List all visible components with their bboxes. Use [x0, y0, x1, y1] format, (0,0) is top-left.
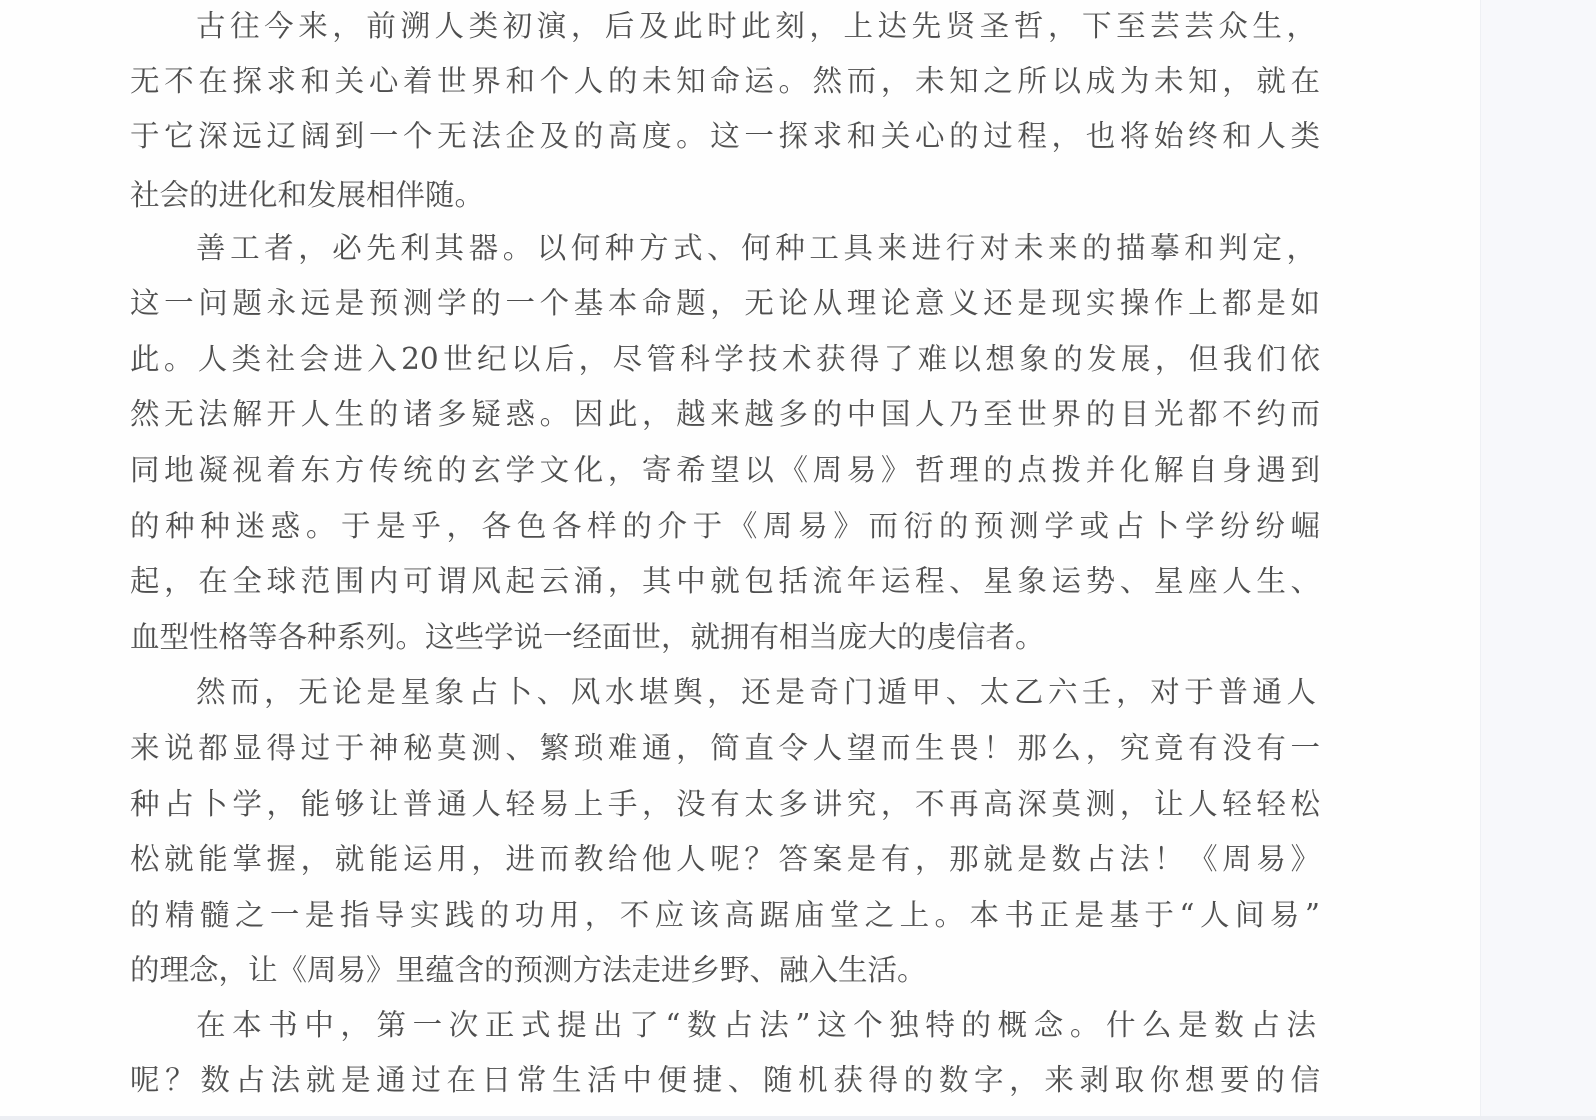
text-line: 无不在探求和关心着世界和个人的未知命运。然而，未知之所以成为未知，就在	[130, 61, 1320, 101]
text-line: 的种种迷惑。于是乎，各色各样的介于《周易》而衍的预测学或占卜学纷纷崛	[130, 506, 1320, 546]
horizontal-scrollbar-track[interactable]	[0, 1116, 1596, 1120]
document-page: 古往今来，前溯人类初演，后及此时此刻，上达先贤圣哲，下至芸芸众生， 无不在探求和…	[0, 0, 1480, 1116]
text-line: 的理念，让《周易》里蕴含的预测方法走进乡野、融入生活。	[130, 950, 1320, 990]
text-line: 于它深远辽阔到一个无法企及的高度。这一探求和关心的过程，也将始终和人类	[130, 116, 1320, 156]
side-panel	[1480, 0, 1596, 1116]
text-line: 然而，无论是星象占卜、风水堪舆，还是奇门遁甲、太乙六壬，对于普通人	[196, 672, 1316, 712]
text-line: 起，在全球范围内可谓风起云涌，其中就包括流年运程、星象运势、星座人生、	[130, 561, 1320, 601]
text-line: 同地凝视着东方传统的玄学文化，寄希望以《周易》哲理的点拨并化解自身遇到	[130, 450, 1320, 490]
text-line: 这一问题永远是预测学的一个基本命题，无论从理论意义还是现实操作上都是如	[130, 283, 1320, 323]
text-line: 的精髓之一是指导实践的功用，不应该高踞庙堂之上。本书正是基于“人间易”	[130, 895, 1320, 935]
text-line: 呢？数占法就是通过在日常生活中便捷、随机获得的数字，来剥取你想要的信	[130, 1060, 1320, 1100]
text-line: 然无法解开人生的诸多疑惑。因此，越来越多的中国人乃至世界的目光都不约而	[130, 394, 1320, 434]
text-line: 古往今来，前溯人类初演，后及此时此刻，上达先贤圣哲，下至芸芸众生，	[196, 6, 1316, 46]
text-line: 来说都显得过于神秘莫测、繁琐难通，简直令人望而生畏！那么，究竟有没有一	[130, 728, 1320, 768]
text-line: 在本书中，第一次正式提出了“数占法”这个独特的概念。什么是数占法	[196, 1005, 1316, 1045]
text-line: 社会的进化和发展相伴随。	[130, 175, 1320, 215]
text-line: 种占卜学，能够让普通人轻易上手，没有太多讲究，不再高深莫测，让人轻轻松	[130, 784, 1320, 824]
text-line: 此。人类社会进入20世纪以后，尽管科学技术获得了难以想象的发展，但我们依	[130, 339, 1320, 379]
text-line: 血型性格等各种系列。这些学说一经面世，就拥有相当庞大的虔信者。	[130, 617, 1320, 657]
document-viewer: 古往今来，前溯人类初演，后及此时此刻，上达先贤圣哲，下至芸芸众生， 无不在探求和…	[0, 0, 1596, 1120]
text-line: 松就能掌握，就能运用，进而教给他人呢？答案是有，那就是数占法！《周易》	[130, 839, 1320, 879]
text-line: 善工者，必先利其器。以何种方式、何种工具来进行对未来的描摹和判定，	[196, 228, 1316, 268]
